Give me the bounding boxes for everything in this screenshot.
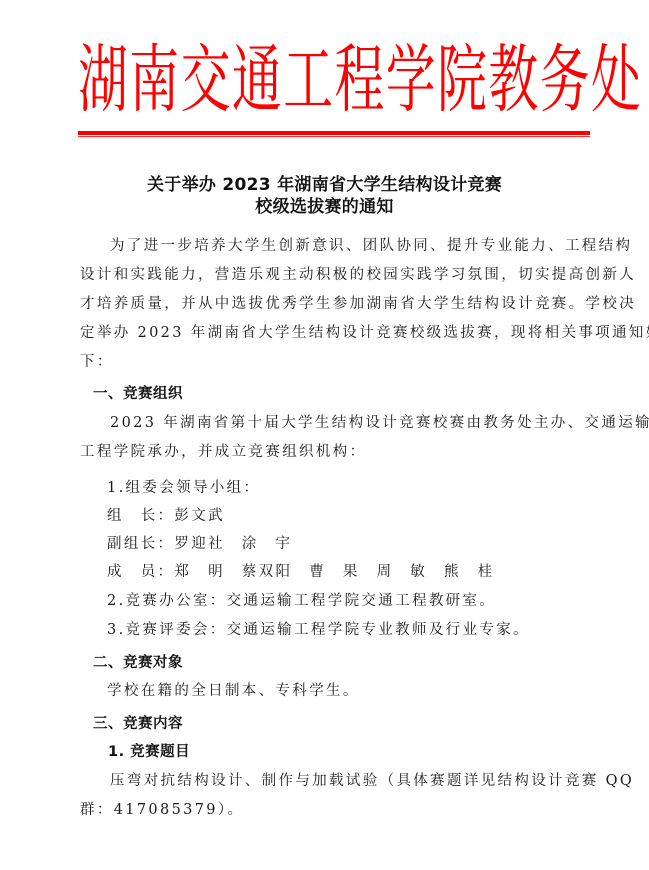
- intro-line-4: 定举办 2023 年湖南省大学生结构设计竞赛校级选拔赛，现将相关事项通知如: [80, 323, 588, 343]
- intro-line-3: 才培养质量，并从中选拔优秀学生参加湖南省大学生结构设计竞赛。学校决: [80, 294, 588, 314]
- masthead-rule-thick: [78, 131, 590, 135]
- section1-heading: 一、竞赛组织: [93, 384, 183, 404]
- intro-line-1: 为了进一步培养大学生创新意识、团队协同、提升专业能力、工程结构: [110, 236, 588, 256]
- deputy-row: 副组长：罗迎社 涂 宇: [107, 534, 615, 554]
- section3-heading: 三、竞赛内容: [93, 714, 183, 734]
- leader-value: 彭文武: [174, 508, 225, 524]
- deputy-label: 副组长：: [107, 536, 174, 552]
- masthead: 湖南交通工程学院教务处: [78, 36, 590, 124]
- members-row: 成 员：郑 明 蔡双阳 曹 果 周 敏 熊 桂: [107, 562, 615, 582]
- jury-line: 3.竞赛评委会：交通运输工程学院专业教师及行业专家。: [107, 620, 615, 640]
- section2-heading: 二、竞赛对象: [93, 653, 183, 673]
- document-page: 湖南交通工程学院教务处 关于举办 2023 年湖南省大学生结构设计竞赛 校级选拔…: [0, 0, 649, 870]
- section3-body-line-1: 压弯对抗结构设计、制作与加载试验（具体赛题详见结构设计竞赛 QQ: [110, 771, 588, 791]
- section1-body-line-1: 2023 年湖南省第十届大学生结构设计竞赛校赛由教务处主办、交通运输: [110, 413, 588, 433]
- intro-line-2: 设计和实践能力，营造乐观主动积极的校园实践学习氛围，切实提高创新人: [80, 265, 588, 285]
- section1-body-line-2: 工程学院承办，并成立竞赛组织机构：: [80, 442, 588, 462]
- section2-body: 学校在籍的全日制本、专科学生。: [107, 681, 615, 701]
- section3-body-line-2: 群：417085379）。: [80, 800, 588, 820]
- office-line: 2.竞赛办公室：交通运输工程学院交通工程教研室。: [107, 591, 615, 611]
- document-title-line2: 校级选拔赛的通知: [0, 192, 649, 217]
- masthead-rule-thin: [78, 136, 590, 137]
- intro-line-5: 下：: [80, 352, 588, 372]
- members-value: 郑 明 蔡双阳 曹 果 周 敏 熊 桂: [174, 564, 494, 580]
- section3-subheading: 1. 竞赛题目: [108, 742, 190, 762]
- leadership-title: 1.组委会领导小组：: [107, 478, 615, 498]
- deputy-value: 罗迎社 涂 宇: [174, 536, 292, 552]
- leader-row: 组 长：彭文武: [107, 506, 615, 526]
- members-label: 成 员：: [107, 564, 174, 580]
- masthead-title: 湖南交通工程学院教务处: [78, 36, 642, 124]
- leader-label: 组 长：: [107, 508, 174, 524]
